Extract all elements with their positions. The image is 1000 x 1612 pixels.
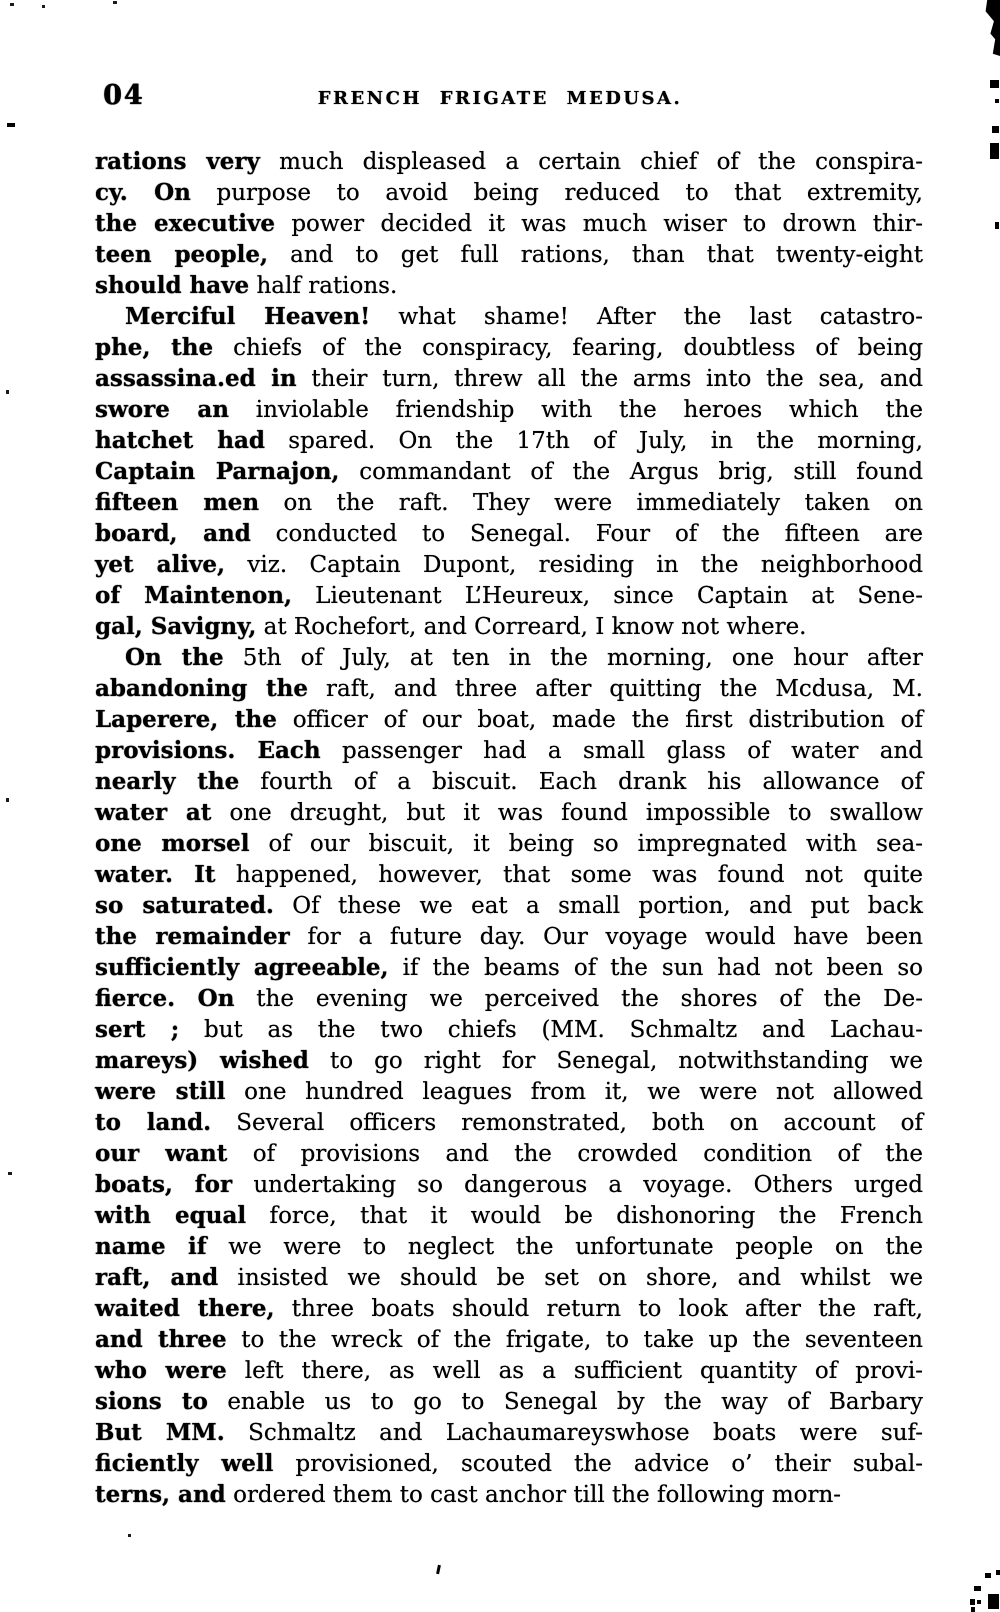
- line-heavy-ink: gal, Savigny,: [95, 613, 256, 640]
- line-heavy-ink: boats, for: [95, 1171, 232, 1198]
- text-line: sufficiently agreeable, if the beams of …: [95, 952, 923, 983]
- scan-artifact: [996, 1570, 1000, 1575]
- line-heavy-ink: Merciful Heaven!: [125, 303, 370, 330]
- text-line: our want of provisions and the crowded c…: [95, 1138, 923, 1169]
- line-heavy-ink: swore an: [95, 396, 229, 423]
- text-line: Laperere, the officer of our boat, made …: [95, 704, 923, 735]
- line-heavy-ink: who were: [95, 1357, 227, 1384]
- text-line: so saturated. Of these we eat a small po…: [95, 890, 923, 921]
- scan-artifact: [992, 126, 999, 133]
- scan-artifact: [42, 5, 45, 8]
- line-heavy-ink: teen people,: [95, 241, 268, 268]
- text-line: cy. On purpose to avoid being reduced to…: [95, 177, 923, 208]
- text-line: nearly the fourth of a biscuit. Each dra…: [95, 766, 923, 797]
- line-heavy-ink: raft, and: [95, 1264, 218, 1291]
- line-heavy-ink: Laperere, the: [95, 706, 277, 733]
- text-line: water. It happened, however, that some w…: [95, 859, 923, 890]
- line-heavy-ink: should have: [95, 272, 249, 299]
- scan-artifact: [970, 1599, 975, 1605]
- text-line: water at one drɛught, but it was found i…: [95, 797, 923, 828]
- text-line: the executive power decided it was much …: [95, 208, 923, 239]
- text-line: yet alive, viz. Captain Dupont, residing…: [95, 549, 923, 580]
- text-line: boats, for undertaking so dangerous a vo…: [95, 1169, 923, 1200]
- scan-artifact: [113, 1, 117, 4]
- scan-artifact: [8, 1172, 12, 1175]
- scan-artifact: [990, 143, 999, 159]
- line-heavy-ink: Captain Parnajon,: [95, 458, 339, 485]
- text-line: of Maintenon, Lieutenant L’Heureux, sinc…: [95, 580, 923, 611]
- text-line: But MM. Schmaltz and Lachaumareyswhose b…: [95, 1417, 923, 1448]
- line-heavy-ink: terns, and: [95, 1481, 226, 1508]
- line-heavy-ink: On the: [125, 644, 224, 671]
- text-line: mareys) wished to go right for Senegal, …: [95, 1045, 923, 1076]
- scan-artifact: [436, 1565, 441, 1574]
- text-line: the remainder for a future day. Our voya…: [95, 921, 923, 952]
- text-line: ficiently well provisioned, scouted the …: [95, 1448, 923, 1479]
- text-line: Merciful Heaven! what shame! After the l…: [95, 301, 923, 332]
- line-heavy-ink: with equal: [95, 1202, 246, 1229]
- line-heavy-ink: fierce. On: [95, 985, 234, 1012]
- line-heavy-ink: so saturated.: [95, 892, 274, 919]
- line-heavy-ink: to land.: [95, 1109, 211, 1136]
- running-header: FRENCH FRIGATE MEDUSA.: [0, 88, 1000, 109]
- text-line: terns, and ordered them to cast anchor t…: [95, 1479, 923, 1510]
- line-heavy-ink: one morsel: [95, 830, 250, 857]
- line-heavy-ink: board, and: [95, 520, 251, 547]
- line-heavy-ink: cy. On: [95, 179, 191, 206]
- text-line: one morsel of our biscuit, it being so i…: [95, 828, 923, 859]
- line-heavy-ink: ficiently well: [95, 1450, 273, 1477]
- text-body: rations very much displeased a certain c…: [95, 146, 923, 1510]
- line-heavy-ink: water at: [95, 799, 211, 826]
- scan-artifact: [7, 123, 15, 127]
- line-heavy-ink: and three: [95, 1326, 227, 1353]
- book-page-scan: 04 FRENCH FRIGATE MEDUSA. rations very m…: [0, 0, 1000, 1612]
- line-heavy-ink: were still: [95, 1078, 225, 1105]
- text-line: gal, Savigny, at Rochefort, and Correard…: [95, 611, 923, 642]
- line-heavy-ink: phe, the: [95, 334, 213, 361]
- line-heavy-ink: sert ;: [95, 1016, 179, 1043]
- text-line: to land. Several officers remonstrated, …: [95, 1107, 923, 1138]
- text-line: teen people, and to get full rations, th…: [95, 239, 923, 270]
- scan-artifact: [990, 80, 999, 88]
- line-heavy-ink: water. It: [95, 861, 216, 888]
- text-line: assassina.ed in their turn, threw all th…: [95, 363, 923, 394]
- text-line: abandoning the raft, and three after qui…: [95, 673, 923, 704]
- text-line: waited there, three boats should return …: [95, 1293, 923, 1324]
- text-line: swore an inviolable friendship with the …: [95, 394, 923, 425]
- text-line: Captain Parnajon, commandant of the Argu…: [95, 456, 923, 487]
- text-line: should have half rations.: [95, 270, 923, 301]
- scan-artifact: [995, 222, 999, 229]
- line-heavy-ink: provisions. Each: [95, 737, 321, 764]
- line-heavy-ink: nearly the: [95, 768, 239, 795]
- text-line: fierce. On the evening we perceived the …: [95, 983, 923, 1014]
- line-heavy-ink: waited there,: [95, 1295, 275, 1322]
- line-heavy-ink: fifteen men: [95, 489, 259, 516]
- line-heavy-ink: mareys) wished: [95, 1047, 309, 1074]
- text-line: raft, and insisted we should be set on s…: [95, 1262, 923, 1293]
- scan-artifact: [988, 1594, 999, 1609]
- text-line: name if we were to neglect the unfortuna…: [95, 1231, 923, 1262]
- text-line: phe, the chiefs of the conspiracy, feari…: [95, 332, 923, 363]
- line-heavy-ink: the remainder: [95, 923, 290, 950]
- scan-artifact: [974, 1586, 981, 1591]
- scan-artifact: [985, 1573, 991, 1578]
- line-heavy-ink: name if: [95, 1233, 207, 1260]
- line-heavy-ink: abandoning the: [95, 675, 308, 702]
- line-heavy-ink: our want: [95, 1140, 227, 1167]
- text-line: board, and conducted to Senegal. Four of…: [95, 518, 923, 549]
- scan-artifact: [971, 1607, 975, 1612]
- line-heavy-ink: hatchet had: [95, 427, 265, 454]
- line-heavy-ink: yet alive,: [95, 551, 225, 578]
- line-heavy-ink: rations very: [95, 148, 260, 175]
- scan-artifact: [984, 0, 1000, 56]
- text-line: rations very much displeased a certain c…: [95, 146, 923, 177]
- scan-artifact: [6, 798, 9, 802]
- scan-artifact: [977, 1600, 981, 1604]
- scan-artifact: [10, 3, 14, 6]
- line-heavy-ink: sufficiently agreeable,: [95, 954, 389, 981]
- scan-artifact: [128, 1534, 131, 1537]
- line-heavy-ink: the executive: [95, 210, 275, 237]
- line-heavy-ink: But MM.: [95, 1419, 225, 1446]
- text-line: provisions. Each passenger had a small g…: [95, 735, 923, 766]
- scan-artifact: [6, 390, 9, 394]
- scan-artifact: [995, 99, 999, 103]
- text-line: sions to enable us to go to Senegal by t…: [95, 1386, 923, 1417]
- text-line: were still one hundred leagues from it, …: [95, 1076, 923, 1107]
- text-line: and three to the wreck of the frigate, t…: [95, 1324, 923, 1355]
- text-line: On the 5th of July, at ten in the mornin…: [95, 642, 923, 673]
- text-line: who were left there, as well as a suffic…: [95, 1355, 923, 1386]
- text-line: hatchet had spared. On the 17th of July,…: [95, 425, 923, 456]
- line-heavy-ink: sions to: [95, 1388, 208, 1415]
- text-line: sert ; but as the two chiefs (MM. Schmal…: [95, 1014, 923, 1045]
- text-line: fifteen men on the raft. They were immed…: [95, 487, 923, 518]
- line-heavy-ink: assassina.ed in: [95, 365, 297, 392]
- line-heavy-ink: of Maintenon,: [95, 582, 292, 609]
- text-line: with equal force, that it would be disho…: [95, 1200, 923, 1231]
